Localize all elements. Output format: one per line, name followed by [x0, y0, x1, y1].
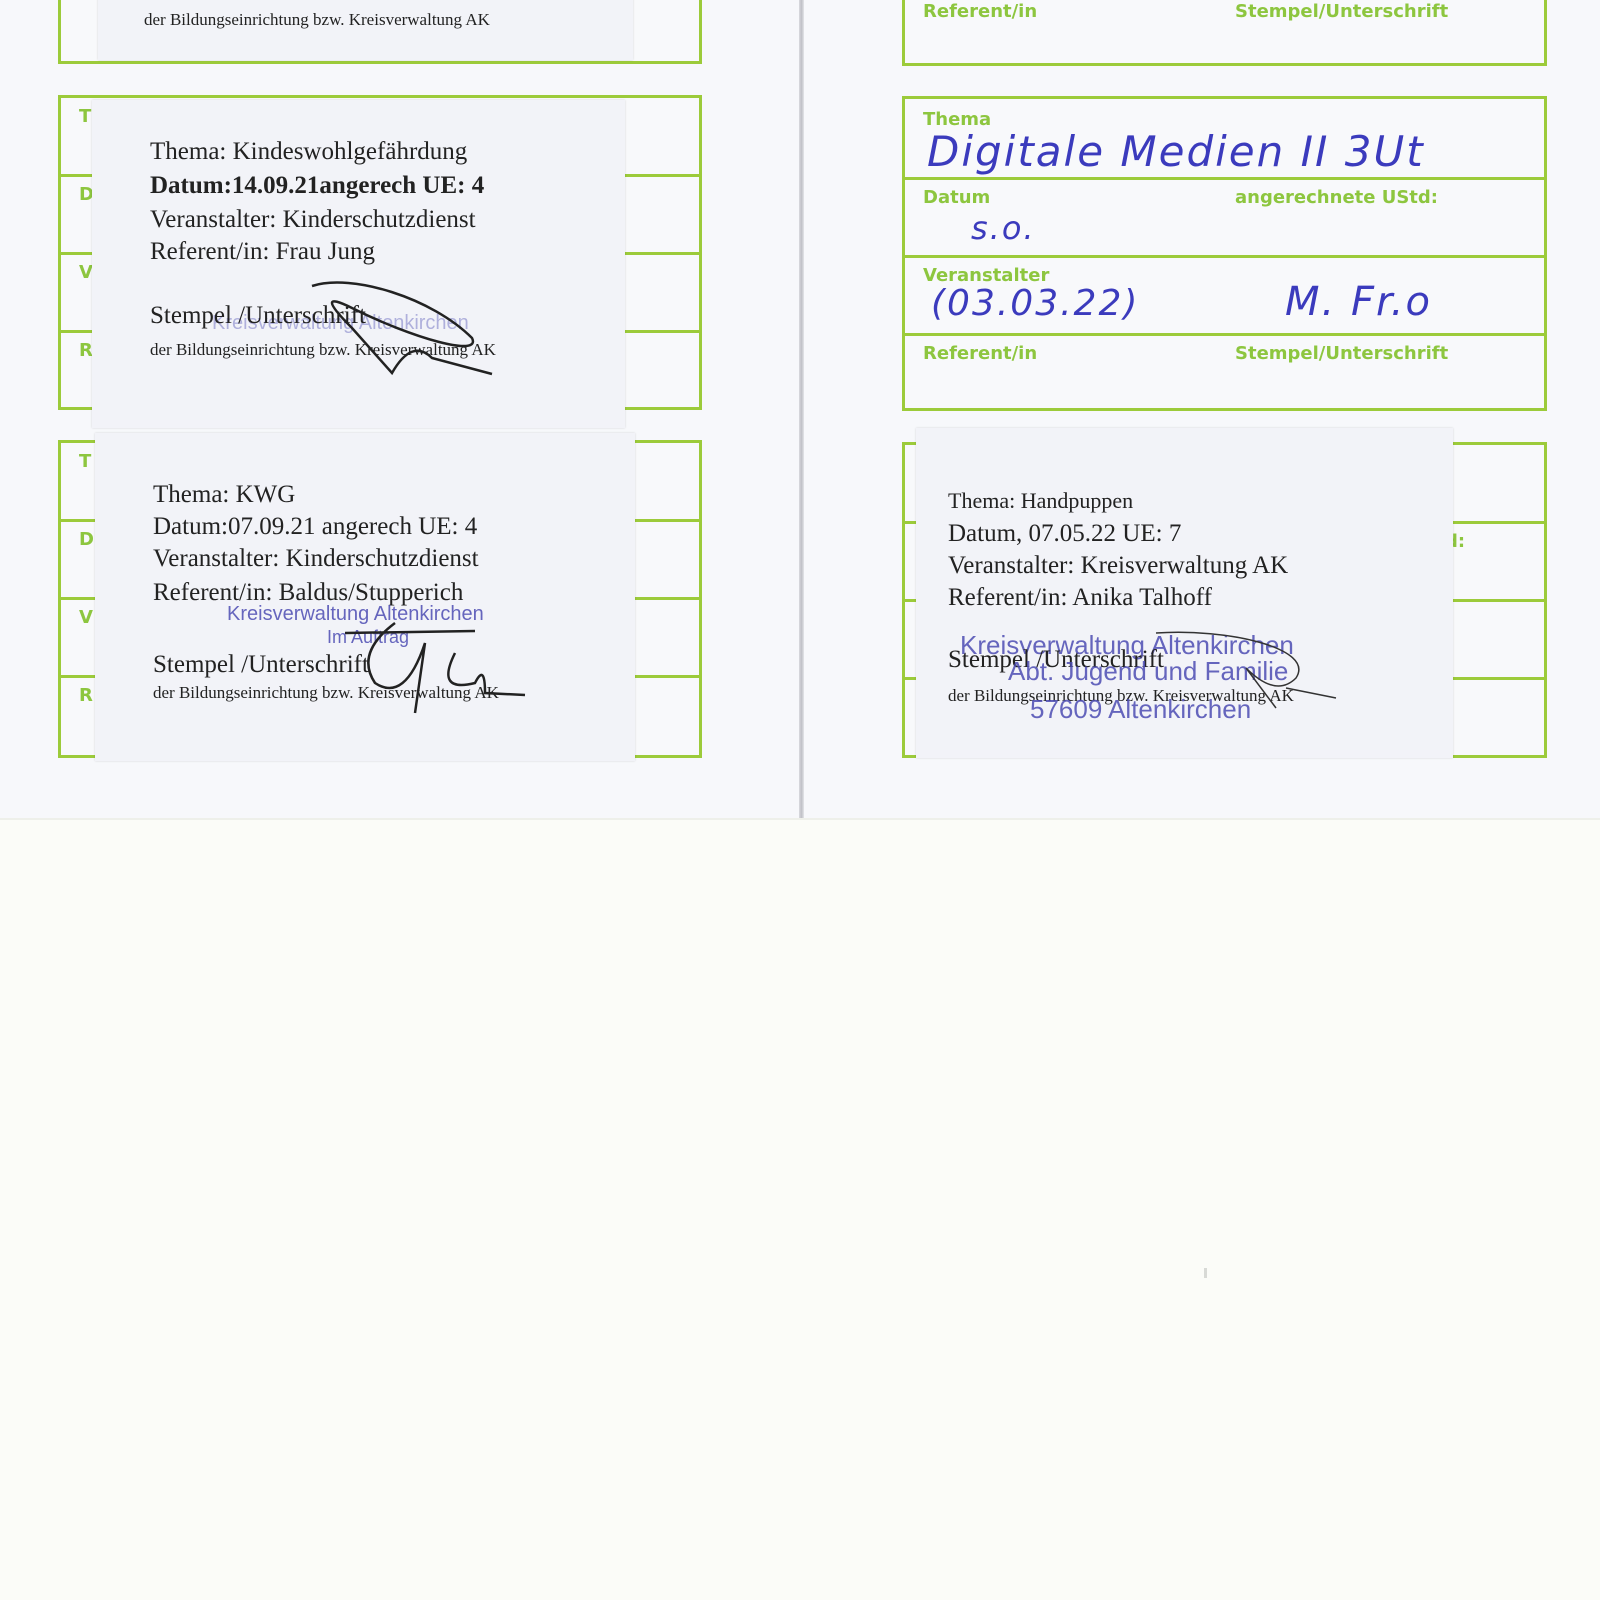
sticker-entry-kwg: Thema: KWG Datum:07.09.21 angerech UE: 4…: [95, 433, 635, 761]
label-referent: R: [79, 685, 93, 706]
label-referent: R: [79, 340, 93, 361]
label-veranstalter: V: [79, 262, 93, 283]
sticker-datum: Datum:07.09.21 angerech UE: 4: [153, 513, 477, 541]
sticker-referent: Referent/in: Frau Jung: [150, 238, 375, 266]
sticker-footer: der Bildungseinrichtung bzw. Kreisverwal…: [144, 10, 490, 30]
handwritten-datum: s.o.: [971, 209, 1036, 247]
sticker-datum: Datum, 07.05.22 UE: 7: [948, 520, 1181, 548]
form-box-digitale-medien: Thema Datum angerechnete UStd: Veranstal…: [902, 96, 1547, 411]
label-stempel: Stempel/Unterschrift: [1235, 343, 1448, 364]
label-referent: Referent/in: [923, 343, 1037, 364]
booklet-fold: [799, 0, 804, 818]
sticker-entry-handpuppen: Thema: Handpuppen Datum, 07.05.22 UE: 7 …: [916, 428, 1453, 758]
sticker-veranstalter: Veranstalter: Kinderschutzdienst: [153, 545, 479, 573]
sticker-left-top: der Bildungseinrichtung bzw. Kreisverwal…: [98, 0, 633, 60]
handwritten-thema: Digitale Medien II 3Ut: [927, 127, 1425, 176]
signature-icon: [335, 613, 535, 723]
sticker-referent: Referent/in: Anika Talhoff: [948, 584, 1212, 612]
sticker-veranstalter: Veranstalter: Kreisverwaltung AK: [948, 552, 1288, 580]
handwritten-signature: M. Fr.o: [1285, 279, 1432, 325]
form-box-right-top: Referent/in Stempel/Unterschrift: [902, 0, 1547, 66]
sticker-veranstalter: Veranstalter: Kinderschutzdienst: [150, 206, 476, 234]
sticker-thema: Thema: Handpuppen: [948, 488, 1133, 514]
handwritten-veranstalter: (03.03.22): [931, 283, 1139, 324]
sticker-thema: Thema: KWG: [153, 481, 295, 509]
sticker-datum: Datum:14.09.21angerech UE: 4: [150, 172, 484, 200]
label-thema: T: [79, 106, 91, 127]
sticker-thema: Thema: Kindeswohlgefährdung: [150, 138, 467, 166]
signature-icon: [292, 278, 532, 388]
label-veranstalter: V: [79, 607, 93, 628]
label-stempel: Stempel/Unterschrift: [1235, 1, 1448, 22]
label-datum: Datum: [923, 187, 990, 208]
scan-speck: [1204, 1268, 1207, 1278]
sticker-entry-kindeswohl: Thema: Kindeswohlgefährdung Datum:14.09.…: [92, 100, 625, 428]
label-initial: R: [79, 0, 90, 1]
blank-sheet: [0, 818, 1600, 1600]
label-thema: T: [79, 451, 91, 472]
label-referent: Referent/in: [923, 1, 1037, 22]
label-angerechnete: angerechnete UStd:: [1235, 187, 1438, 208]
label-datum: D: [79, 529, 94, 550]
signature-icon: [1146, 628, 1346, 718]
